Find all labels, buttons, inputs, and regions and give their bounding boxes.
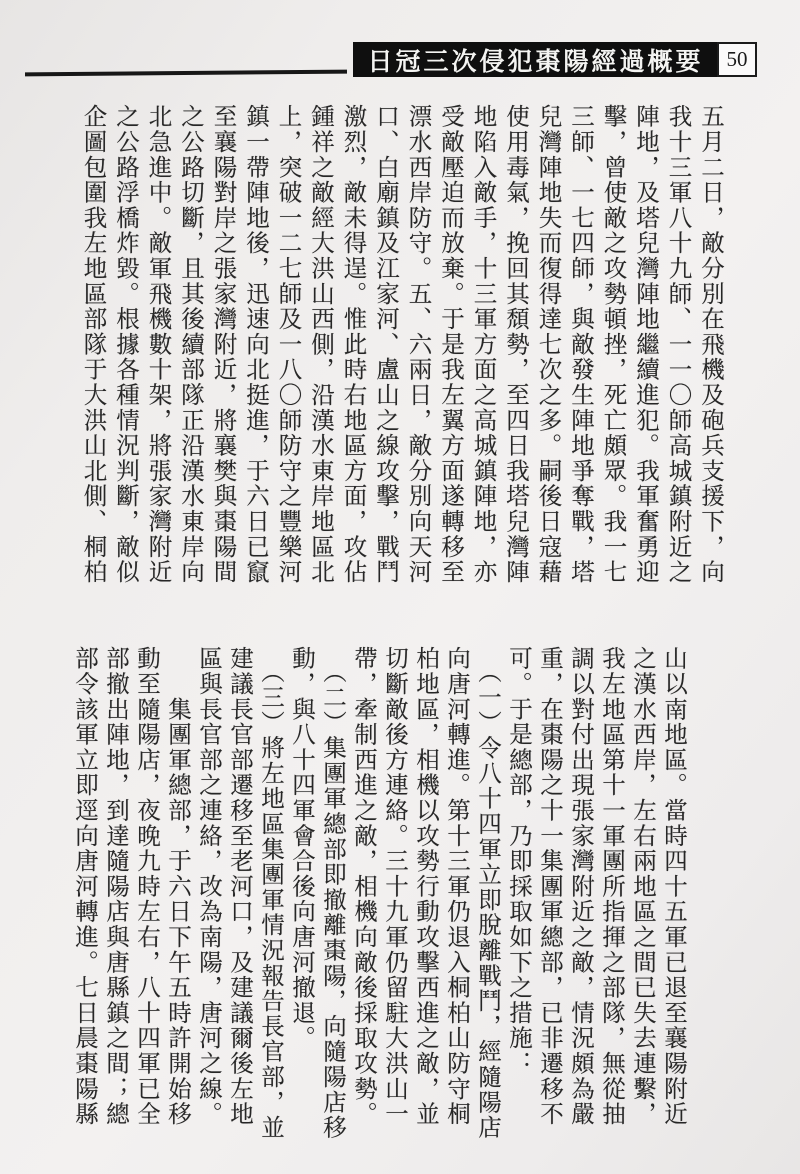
- page-number: 50: [727, 47, 748, 72]
- text-column: 北急進中。敵軍飛機數十架，將張家灣附近: [141, 104, 174, 619]
- text-column: 可。于是總部，乃即採取如下之措施：: [502, 646, 533, 1161]
- text-column: 激烈，敵未得逞。惟此時右地區方面，攻佔: [336, 104, 369, 619]
- text-block-upper: 五月二日，敵分別在飛機及砲兵支援下，向 我十三軍八十九師、一一〇師高城鎮附近之 …: [76, 104, 726, 619]
- text-column: 陣地，及塔兒灣陣地繼續進犯。我軍奮勇迎: [629, 104, 662, 619]
- text-column: 我左地區第十一軍團所指揮之部隊，無從抽: [595, 646, 626, 1161]
- text-column: 口、白廟鎮及江家河、盧山之線攻擊，戰鬥: [369, 104, 402, 619]
- text-column: 柏地區，相機以攻勢行動攻擊西進之敵，並: [409, 646, 440, 1161]
- text-column: 三師、一七四師，與敵發生陣地爭奪戰，塔: [564, 104, 597, 619]
- text-column: （一）令八十四軍立即脫離戰鬥，經隨陽店: [471, 646, 502, 1161]
- text-column: 使用毒氣，挽回其頹勢，至四日我塔兒灣陣: [499, 104, 532, 619]
- header-title-text: 日冠三次侵犯棗陽經過概要: [367, 42, 703, 78]
- text-column: 部撤出陣地，到達隨陽店與唐縣鎮之間；總: [99, 646, 130, 1161]
- text-column: 區與長官部之連絡，改為南陽，唐河之線。: [192, 646, 223, 1161]
- header-rule-line: [25, 70, 347, 77]
- text-column: 受敵壓迫而放棄。于是我左翼方面遂轉移至: [434, 104, 467, 619]
- running-header-title: 日冠三次侵犯棗陽經過概要: [353, 42, 718, 77]
- text-column: （二）集團軍總部即撤離棗陽，向隨陽店移: [316, 646, 347, 1161]
- text-column: 動至隨陽店，夜晚九時左右，八十四軍已全: [130, 646, 161, 1161]
- text-column: 至襄陽對岸之張家灣附近，將襄樊與棗陽間: [206, 104, 239, 619]
- text-column: 山以南地區。當時四十五軍已退至襄陽附近: [657, 646, 688, 1161]
- text-column: 上，突破一二七師及一八〇師防守之豐樂河: [271, 104, 304, 619]
- text-column: 之公路浮橋炸毀。根據各種情況判斷，敵似: [109, 104, 142, 619]
- text-column: 建議長官部遷移至老河口，及建議爾後左地: [223, 646, 254, 1161]
- text-block-lower: 山以南地區。當時四十五軍已退至襄陽附近 之漢水西岸，左右兩地區之間已失去連繫， …: [68, 646, 688, 1161]
- text-column: 鍾祥之敵經大洪山西側，沿漢水東岸地區北: [304, 104, 337, 619]
- text-column: 企圖包圍我左地區部隊于大洪山北側、桐柏: [76, 104, 109, 619]
- text-column: 五月二日，敵分別在飛機及砲兵支援下，向: [694, 104, 727, 619]
- text-column: 集團軍總部，于六日下午五時許開始移: [161, 646, 192, 1161]
- text-column: 切斷敵後方連絡。三十九軍仍留駐大洪山一: [378, 646, 409, 1161]
- text-column: 我十三軍八十九師、一一〇師高城鎮附近之: [661, 104, 694, 619]
- text-column: 向唐河轉進。第十三軍仍退入桐柏山防守桐: [440, 646, 471, 1161]
- text-column: 調以對付出現張家灣附近之敵，情況頗為嚴: [564, 646, 595, 1161]
- scanned-page: 日冠三次侵犯棗陽經過概要 50 五月二日，敵分別在飛機及砲兵支援下，向 我十三軍…: [0, 0, 800, 1174]
- text-column: 帶，牽制西進之敵，相機向敵後採取攻勢。: [347, 646, 378, 1161]
- text-column: 擊，曾使敵之攻勢頓挫，死亡頗眾。我一七: [596, 104, 629, 619]
- text-column: 之公路切斷，且其後續部隊正沿漢水東岸向: [174, 104, 207, 619]
- text-column: （三）將左地區集團軍情況報告長官部，並: [254, 646, 285, 1161]
- text-column: 漂水西岸防守。五、六兩日，敵分別向天河: [401, 104, 434, 619]
- text-column: 部令該軍立即逕向唐河轉進。七日晨棗陽縣: [68, 646, 99, 1161]
- page-number-box: 50: [717, 42, 757, 77]
- text-column: 兒灣陣地失而復得達七次之多。嗣後日寇藉: [531, 104, 564, 619]
- text-column: 重，在棗陽之十一集團軍總部，已非遷移不: [533, 646, 564, 1161]
- text-column: 動，與八十四軍會合後向唐河撤退。: [285, 646, 316, 1161]
- text-column: 地陷入敵手，十三軍方面之高城鎮陣地，亦: [466, 104, 499, 619]
- text-column: 之漢水西岸，左右兩地區之間已失去連繫，: [626, 646, 657, 1161]
- text-column: 鎮一帶陣地後，迅速向北挺進，于六日已竄: [239, 104, 272, 619]
